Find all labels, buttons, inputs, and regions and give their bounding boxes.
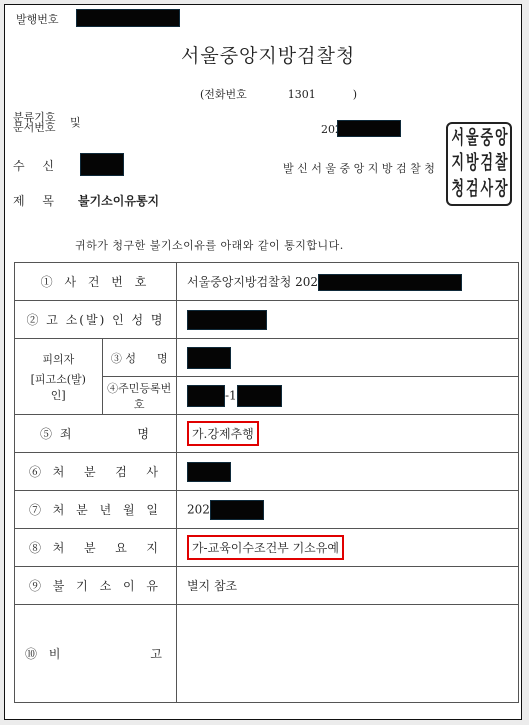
complainant-name-label: ② 고 소(발) 인 성 명 xyxy=(15,301,177,339)
remarks-label: ⑩ 비 고 xyxy=(15,605,177,703)
table-row: ⑨ 불 기 소 이 유 별지 참조 xyxy=(15,567,519,605)
phone-number: 1301 xyxy=(288,88,316,101)
suspect-name-label: ③ 성 명 xyxy=(102,339,176,377)
table-row: ⑦ 처 분 년 월 일 202 xyxy=(15,491,519,529)
disposition-date-redaction xyxy=(210,500,264,520)
non-indictment-reason-value: 별지 참조 xyxy=(176,567,518,605)
table-row: ⑩ 비 고 xyxy=(15,605,519,703)
intro-sentence: 귀하가 청구한 불기소이유를 아래와 같이 통지합니다. xyxy=(75,237,344,253)
disposition-summary-value: 가-교육이수조건부 기소유예 xyxy=(176,529,518,567)
seal-char: 장 xyxy=(494,171,509,206)
resident-number-separator: -1 xyxy=(225,388,237,402)
issue-number-redaction xyxy=(76,9,180,27)
office-title: 서울중앙지방검찰청 xyxy=(181,41,355,68)
classification-label: 분류기호 문서번호 xyxy=(13,113,56,133)
suspect-sublabel: [피고소(발)인] xyxy=(25,371,92,403)
disposition-date-value: 202 xyxy=(176,491,518,529)
complainant-name-value xyxy=(176,301,518,339)
table-row: ② 고 소(발) 인 성 명 xyxy=(15,301,519,339)
classification-conj: 및 xyxy=(70,114,81,130)
issue-number-label: 발행번호 xyxy=(16,11,59,27)
non-indictment-reason-label: ⑨ 불 기 소 이 유 xyxy=(15,567,177,605)
suspect-name-redaction xyxy=(187,347,231,369)
case-number-value: 서울중앙지방검찰청 202 xyxy=(176,263,518,301)
classification-line2: 문서번호 xyxy=(13,123,56,133)
table-row: ⑧ 처 분 요 지 가-교육이수조건부 기소유예 xyxy=(15,529,519,567)
phone-prefix: (전화번호 xyxy=(200,88,247,101)
official-seal: 서 울 중 앙 지 방 검 찰 청 검 사 장 xyxy=(446,122,512,206)
recipient-label: 수 신 xyxy=(13,157,54,174)
resident-number-label: ④주민등록번호 xyxy=(102,377,176,415)
disposition-date-prefix: 202 xyxy=(187,502,210,516)
case-number-prefix: 서울중앙지방검찰청 202 xyxy=(187,275,318,289)
resident-number-back-redaction xyxy=(237,385,282,407)
sender-line: 발 신 서 울 중 앙 지 방 검 찰 청 xyxy=(283,160,435,176)
table-row: ⑥ 처 분 검 사 xyxy=(15,453,519,491)
prosecutor-label: ⑥ 처 분 검 사 xyxy=(15,453,177,491)
seal-char: 청 xyxy=(450,171,465,206)
disposition-summary-label: ⑧ 처 분 요 지 xyxy=(15,529,177,567)
suspect-label: 피의자 xyxy=(25,351,92,367)
resident-number-front-redaction xyxy=(187,385,225,407)
case-number-label: ① 사 건 번 호 xyxy=(15,263,177,301)
remarks-value xyxy=(176,605,518,703)
notice-form-table: ① 사 건 번 호 서울중앙지방검찰청 202 ② 고 소(발) 인 성 명 피… xyxy=(14,262,519,703)
resident-number-value: -1 xyxy=(176,377,518,415)
subject-value: 불기소이유통지 xyxy=(78,192,159,209)
recipient-redaction xyxy=(80,153,124,176)
seal-char: 검 xyxy=(465,171,480,206)
prosecutor-value xyxy=(176,453,518,491)
suspect-group-label: 피의자 [피고소(발)인] xyxy=(15,339,103,415)
case-number-redaction xyxy=(318,274,462,291)
table-row: ⑤ 죄 명 가.강제추행 xyxy=(15,415,519,453)
complainant-name-redaction xyxy=(187,310,267,330)
subject-label: 제 목 xyxy=(13,192,54,209)
offense-highlight: 가.강제추행 xyxy=(187,421,259,446)
disposition-date-label: ⑦ 처 분 년 월 일 xyxy=(15,491,177,529)
phone-suffix: ) xyxy=(353,88,357,101)
suspect-name-value xyxy=(176,339,518,377)
disposition-summary-highlight: 가-교육이수조건부 기소유예 xyxy=(187,535,344,560)
offense-value: 가.강제추행 xyxy=(176,415,518,453)
table-row: 피의자 [피고소(발)인] ③ 성 명 xyxy=(15,339,519,377)
phone-line: (전화번호 1301 ) xyxy=(200,86,357,102)
prosecutor-redaction xyxy=(187,462,231,482)
offense-label: ⑤ 죄 명 xyxy=(15,415,177,453)
document-date-redaction xyxy=(337,120,401,137)
seal-char: 사 xyxy=(479,171,494,206)
table-row: ① 사 건 번 호 서울중앙지방검찰청 202 xyxy=(15,263,519,301)
